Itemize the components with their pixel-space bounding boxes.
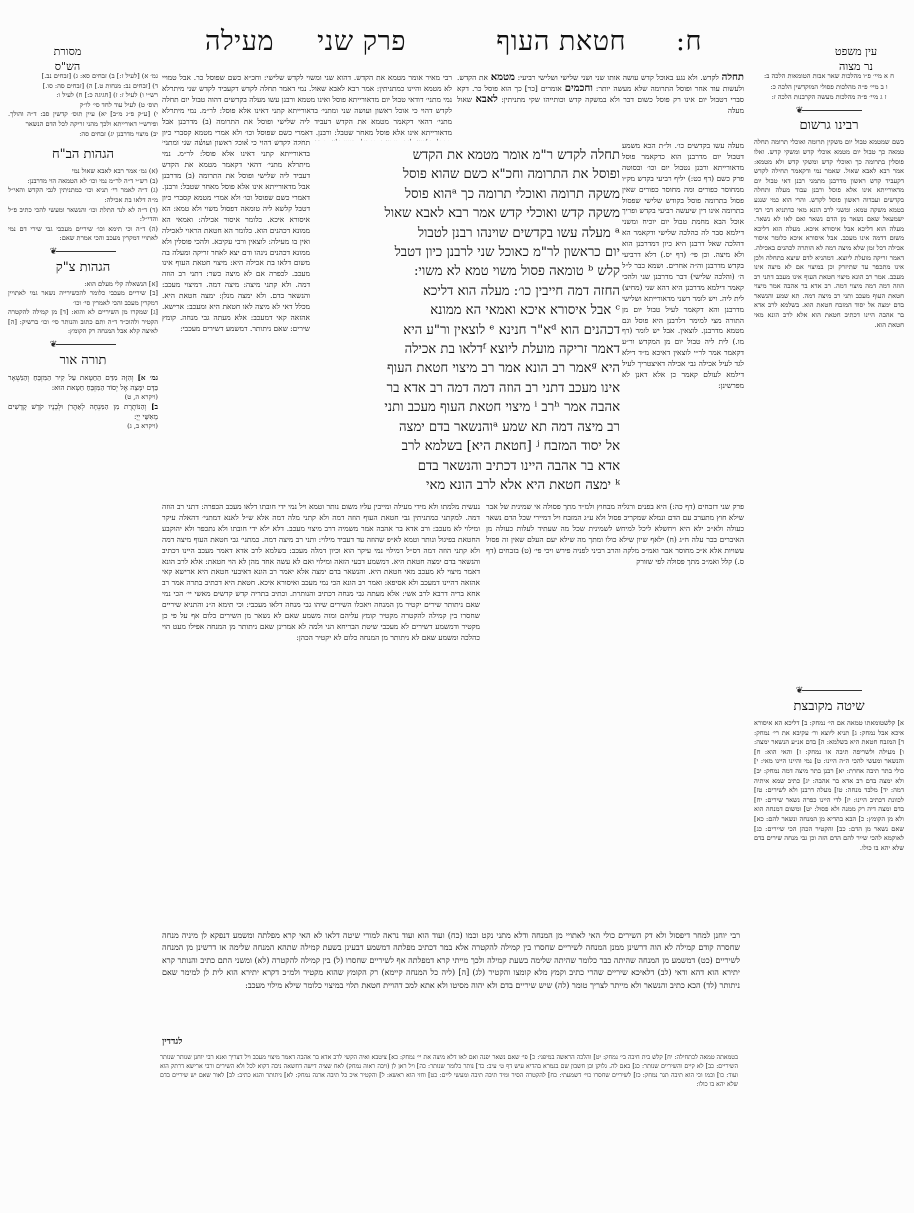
masoret-entry: גמ׳ א) [לעיל ז:] ב) זבחים סא: ג) [זבחים … [8, 72, 158, 82]
gemara-line: ופוסל את התרומה וחכ"א כשם שהוא פוסל [316, 165, 620, 184]
masoret-entry: רש״י ו) לעיל ז: ז) [חגיגה כ:] ח) לעיל ו: [8, 91, 158, 101]
gemara-line: יום כראשון לר"מ כאוכל שני לרבנן כיון דטב… [316, 243, 620, 262]
ein-mishpat-label: עין משפט [826, 44, 886, 59]
gemara-line: ᵏ ימצה חטאת היא אלא לרב הונא מאי [316, 476, 620, 495]
torah-or-title: תורה אור [8, 353, 158, 369]
hagahot-habach-title: הגהות הב"ח [8, 147, 158, 163]
torah-or-entry: ב] וְהַנּוֹתֶרֶת מִן הַמִּנְחָה לְאַהֲרֹ… [8, 402, 158, 422]
hagahot-habach-list: (א) גמ׳ אמר רבא לאבא שאול נמי (ב) רש״י ד… [8, 167, 158, 244]
masoret-entry: ד) [זבחים נב: מנחות ט.] ה) [זבחים סה: סו… [8, 82, 158, 92]
section-divider-ornament: ❦ [8, 248, 158, 258]
chapter-title: חטאת העוף [496, 26, 626, 57]
masoret-heading: מסורת הש"ס [45, 44, 90, 74]
shita-mekubetzet-title: שיטה מקובצת [754, 699, 904, 715]
rashi-column: רבי מאיר אומר מטמא את הקדש. דהוא שני ומש… [162, 141, 310, 499]
torah-or-verse: וְהַנּוֹתֶרֶת מִן הַמִּנְחָה לְאַהֲרֹן ו… [8, 402, 158, 421]
masoret-entry: יב) מיצוי מדרבנן יג) זבחים סה: [8, 130, 158, 140]
tosafot-dibur: לאבא [476, 94, 498, 105]
hagahot-entry: (ג) ד״ה לאמר רי׳ תניא וכו׳ כמתניתין לגבי… [8, 186, 158, 205]
masoret-entry: תוס׳ ט) לעיל עוד לחד סי׳ לו״ק [8, 101, 158, 111]
gemara-line: אינו מעכב דתני רב הוזה דמה דמה רב אדא בר [316, 379, 620, 398]
ein-mishpat-entry: ח א מיי׳ פ״ו מהלכות שאר אבות הטומאות הלכ… [754, 72, 904, 82]
rashi-text-top: רבי מאיר אומר מטמא את הקדש. דהוא שני ומש… [162, 73, 452, 141]
torah-or-list: גמ׳ א] וְהִזָּה מִדַּם הַחַטָּאת עַל קִי… [8, 373, 158, 432]
tosafot-header-text: תחלה לקדש. ולא נגע באוכל קדש עושה אותו ש… [457, 73, 744, 117]
gemara-line: משקה קדש ואוכלי קדש אמר רבא לאבא שאול [316, 204, 620, 223]
tosafot-line: לקדש. ולא נגע באוכל קדש עושה אותו שני וש… [518, 73, 719, 82]
tosafot-line: שקי מתניתין: [501, 95, 540, 104]
hagahot-tzk-entry: [ב] שיריים מעכבי כלומר להכשירייה נשאר גמ… [8, 289, 158, 308]
gemara-line: היא ᵍאמר רב הונא אמר רב מיצוי חטאת העוף [316, 359, 620, 378]
torah-or-entry: גמ׳ א] וְהִזָּה מִדַּם הַחַטָּאת עַל קִי… [8, 373, 158, 393]
hagahot-tzk-entry: [ג] שמקרו מן השיריים לא והוא: [ד] מן קמי… [8, 308, 158, 337]
torah-or-ref: (ויקרא ב, ג) [8, 422, 158, 432]
footnotes: בטמאתה טמאה לכתחילה: יח] קלש בית חיבה בי… [160, 1053, 738, 1089]
tosafot-bottom-text: רבי יוחנן למחר דיפסול ולא דק השירים כולי… [162, 930, 740, 992]
rashi-lower-text: נעשית מלמתו ולא מידי מעילה ומייבין עליו … [162, 502, 480, 644]
torah-or-verse: וְהִזָּה מִדַּם הַחַטָּאת עַל קִיר הַמִּ… [8, 373, 158, 392]
rabbeinu-gershom-title: רבינו גרשום [754, 118, 904, 134]
ein-mishpat-list: ח א מיי׳ פ״ו מהלכות שאר אבות הטומאות הלכ… [754, 72, 904, 103]
gemara-line: אהבה אמר ʰרב ⁱ מיצוי חטאת העוף מעכב ותני [316, 398, 620, 417]
hagahot-entry: (ד) ד״ה לא לנד התלת וכו׳ והנשאר ומעשי לה… [8, 206, 158, 225]
right-margin: ח א מיי׳ פ״ו מהלכות שאר אבות הטומאות הלכ… [754, 72, 904, 1072]
gemara-text: תחלה לקדש ר"מ אומר מטמא את הקדש ופוסל את… [316, 146, 620, 502]
tosafot-lower-text: פרק שני דזבחים (דף כה:) היא בפנים ורגליה… [486, 502, 744, 567]
hagahot-entry: (א) גמ׳ אמר רבא לאבא שאול נמי [8, 167, 158, 177]
gemara-line: רב מיצה דמה תא שמע ᵃוהנשאר בדם ימצה [316, 418, 620, 437]
torah-or-label: גמ׳ א] [138, 373, 158, 382]
gemara-line: אדא בר אהבה היינו דכתיב והנשאר בדם [316, 457, 620, 476]
section-divider-ornament: ❦ [8, 341, 158, 351]
tosafot-bottom: רבי יוחנן למחר דיפסול ולא דק השירים כולי… [162, 930, 740, 1038]
masoret-label: מסורת [45, 44, 90, 59]
gemara-line: משקה תרומה ואוכלי תרומה כך ᵃהוא פוסל [316, 185, 620, 204]
hagahot-tzk-entry: [א] הנשאלה קלי מעלם הוא: [8, 280, 158, 290]
ein-mishpat-entry: ו ב מיי׳ פ״ה מהלכות פסולי המוקדשין הלכה … [754, 83, 904, 93]
rashi-text: רבי מאיר אומר מטמא את הקדש. דהוא שני ומש… [162, 141, 310, 335]
torah-or-ref: (ויקרא ה, ט) [8, 393, 158, 403]
gemara-line: ᵃ מעלה עשו בקדשים שוינהו רבנן לטבול [316, 224, 620, 243]
tosafot-dibur: וחכמים [565, 83, 593, 94]
tosafot-column: מעלה עשו בקדשים כו׳. ול״ת הכא משמע דטבול… [622, 141, 744, 499]
hagahot-tzk-list: [א] הנשאלה קלי מעלם הוא: [ב] שיריים מעכב… [8, 280, 158, 338]
hagahot-tzk-title: הגהות צ"ק [8, 260, 158, 276]
gemara-line: קלש ᵇ טומאה פסול משוי טמא לא משוי: [316, 262, 620, 281]
page-number: ח: [676, 26, 702, 57]
gemara-line: דכהנים הוא ᵈא"ר חנינא ᵉ לוצאין ור"ע היא [316, 321, 620, 340]
tosafot-dibur-opening: תחלה [722, 73, 744, 83]
gemara-line: תחלה לקדש ר"מ אומר מטמא את הקדש [316, 146, 620, 165]
tractate-title: מעילה [205, 26, 274, 57]
left-margin: גמ׳ א) [לעיל ז:] ב) זבחים סא: ג) [זבחים … [8, 72, 158, 632]
section-divider-ornament: ❦ [754, 687, 904, 697]
tosafot-lower: פרק שני דזבחים (דף כה:) היא בפנים ורגליה… [486, 502, 744, 930]
tosafot-line: שלא מעשה יותר: [596, 84, 648, 93]
ein-mishpat-heading: עין משפט נר מצוה [826, 44, 886, 74]
tosafot-text: מעלה עשו בקדשים כו׳. ול״ת הכא משמע דטבול… [622, 141, 744, 392]
hagahot-entry: (ב) רש״י ד״ה לר״מ נמי וכו׳ לא הטמאה הוי … [8, 177, 158, 187]
gemara-line: ᶜ אבל איסורא איכא ואמאי הא ממונא [316, 301, 620, 320]
gemara-line: דאמר זריקה מועלת ליוצא ᶠדלאו בת אכילה [316, 340, 620, 359]
catchword: לגדדין [162, 1036, 242, 1047]
section-divider-ornament: ❦ [754, 107, 904, 117]
hagahot-entry: (ה) ד״ה וכי תימא וכו׳ שיריים מעכבי גבי ש… [8, 225, 158, 244]
rashi-lower: נעשית מלמתו ולא מידי מעילה ומייבין עליו … [162, 502, 480, 930]
masoret-list: גמ׳ א) [לעיל ז:] ב) זבחים סא: ג) [זבחים … [8, 72, 158, 139]
ein-mishpat-entry: ז ג מיי׳ פ״ה מהלכות מעשה הקרבנות הלכה ז: [754, 93, 904, 103]
rashi-top: רבי מאיר אומר מטמא את הקדש. דהוא שני ומש… [162, 73, 452, 141]
rabbeinu-gershom-text: כשם שמטמא טבול יום משקין תרומה ואוכלי תר… [754, 138, 904, 683]
gemara-line: אל יסוד המזבח ʲ [חטאת היא] בשלמא לרב [316, 437, 620, 456]
perek-label: פרק שני [317, 26, 406, 57]
torah-or-label: ב] [151, 402, 158, 411]
masoret-entry: י) [ע״ק פ״ג מ״ב] יא) עיין תוס׳ קדשין סב:… [8, 110, 158, 129]
tosafot-opening: תחלה לקדש. ולא נגע באוכל קדש עושה אותו ש… [457, 73, 744, 141]
gemara-line: החזה דמה חייבין כו׳: מעלה הוא דליכא [316, 282, 620, 301]
footnotes-text: בטמאתה טמאה לכתחילה: יח] קלש בית חיבה בי… [160, 1053, 738, 1089]
tosafot-dibur: מטמא [491, 73, 515, 83]
shita-mekubetzet-text: א] קלשטומאתו טמאה אם הי׳ נמחק: ב] דליכא … [754, 719, 904, 989]
